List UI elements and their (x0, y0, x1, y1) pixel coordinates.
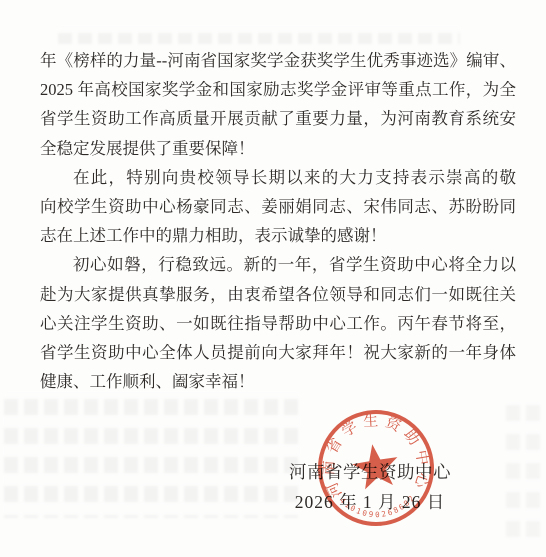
body-line: 省学生资助中心全体人员提前向大家拜年！祝大家新的一年身体 (40, 338, 516, 367)
official-seal: 河南省学生资助中心 4101090268682 (311, 403, 441, 533)
body-line: 心关注学生资助、一如既往指导帮助中心工作。丙午春节将至， (40, 309, 516, 338)
body-line: 初心如磐，行稳致远。新的一年，省学生资助中心将全力以 (40, 250, 516, 279)
letter-page: 年《榜样的力量--河南省国家奖学金获奖学生优秀事迹选》编审、2025 年高校国家… (0, 0, 546, 557)
body-line: 全稳定发展提供了重要保障！ (40, 134, 516, 163)
body-line: 2025 年高校国家奖学金和国家励志奖学金评审等重点工作，为全 (40, 75, 516, 104)
body-line: 赴为大家提供真挚服务，由衷希望各位领导和同志们一如既往关 (40, 280, 516, 309)
body-line: 在此，特别向贵校领导长期以来的大力支持表示崇高的敬意！ (40, 163, 516, 192)
body-line: 健康、工作顺利、阖家幸福！ (40, 367, 516, 396)
body-line: 年《榜样的力量--河南省国家奖学金获奖学生优秀事迹选》编审、 (40, 46, 516, 75)
body-line: 志在上述工作中的鼎力相助，表示诚挚的感谢！ (40, 221, 516, 250)
body-line: 省学生资助工作高质量开展贡献了重要力量，为河南教育系统安 (40, 104, 516, 133)
scan-bleed-artifact (506, 398, 546, 548)
scan-bleed-artifact (58, 26, 460, 44)
body-line: 向校学生资助中心杨豪同志、姜丽娟同志、宋伟同志、苏盼盼同 (40, 192, 516, 221)
letter-body: 年《榜样的力量--河南省国家奖学金获奖学生优秀事迹选》编审、2025 年高校国家… (40, 46, 516, 396)
seal-star-icon (350, 441, 402, 491)
